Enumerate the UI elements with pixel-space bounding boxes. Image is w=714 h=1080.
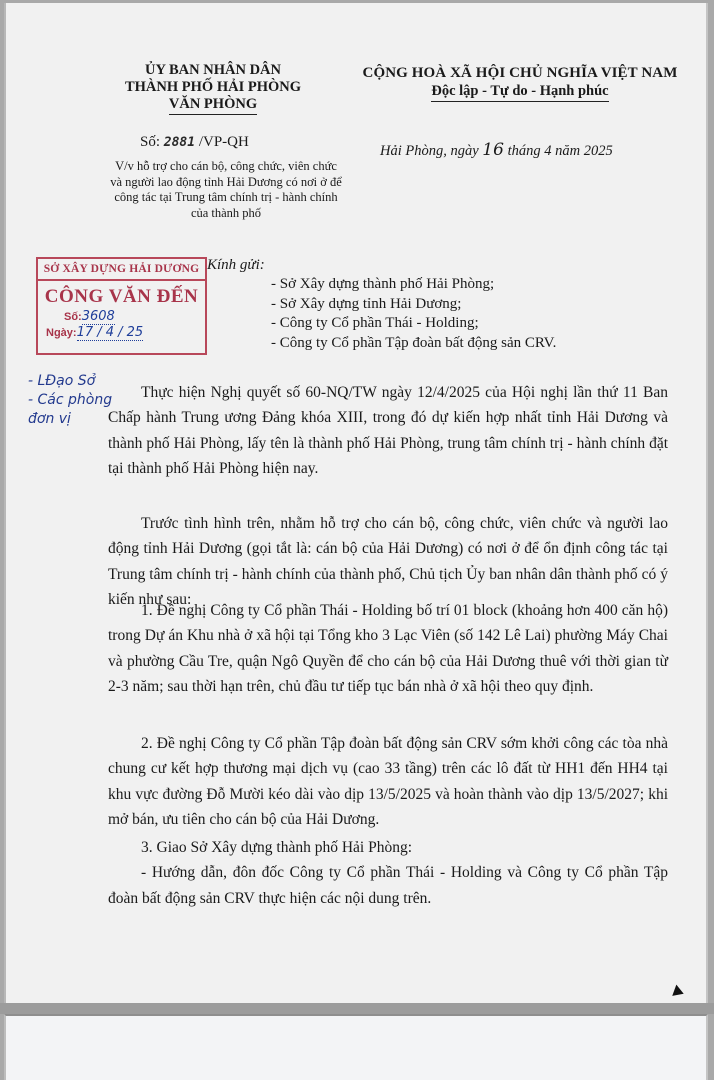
doc-number-value: 2881 (164, 135, 195, 150)
stamp-org: SỞ XÂY DỰNG HẢI DƯƠNG (38, 259, 205, 281)
paragraph-text: 2. Đề nghị Công ty Cổ phần Tập đoàn bất … (108, 731, 668, 832)
document-number: Số: 2881 /VP-QH (140, 134, 249, 151)
recipient-item: - Công ty Cổ phần Thái - Holding; (271, 314, 556, 334)
doc-number-suffix: /VP-QH (195, 134, 249, 150)
page-divider (0, 1003, 714, 1014)
stamp-number-row: Số:3608 (64, 309, 205, 324)
recipient-item: - Sở Xây dựng tỉnh Hải Dương; (271, 295, 556, 315)
incoming-document-stamp: SỞ XÂY DỰNG HẢI DƯƠNG CÔNG VĂN ĐẾN Số:36… (36, 257, 207, 355)
paragraph-text: - Hướng dẫn, đôn đốc Công ty Cổ phần Thá… (108, 860, 668, 911)
paragraph-text: 3. Giao Sở Xây dựng thành phố Hải Phòng: (108, 835, 668, 860)
recipient-item: - Công ty Cổ phần Tập đoàn bất động sản … (271, 334, 556, 354)
date-day: 16 (482, 140, 504, 160)
stamp-date-row: Ngày:17 / 4 / 25 (46, 325, 205, 340)
body-paragraph: Thực hiện Nghị quyết số 60-NQ/TW ngày 12… (108, 380, 668, 481)
body-paragraph: 2. Đề nghị Công ty Cổ phần Tập đoàn bất … (108, 731, 668, 832)
date-suffix: tháng 4 năm 2025 (504, 143, 613, 159)
national-heading: CỘNG HOÀ XÃ HỘI CHỦ NGHĨA VIỆT NAM Độc l… (330, 64, 710, 102)
issuing-authority: ỦY BAN NHÂN DÂN THÀNH PHỐ HẢI PHÒNG VĂN … (108, 62, 318, 115)
body-paragraph: 1. Đề nghị Công ty Cổ phần Thái - Holdin… (108, 598, 668, 699)
nation-title: CỘNG HOÀ XÃ HỘI CHỦ NGHĨA VIỆT NAM (330, 64, 710, 82)
paragraph-text: Thực hiện Nghị quyết số 60-NQ/TW ngày 12… (108, 380, 668, 481)
recipients-label: Kính gửi: (207, 257, 265, 274)
stamp-number-value: 3608 (82, 309, 115, 325)
body-paragraph: 3. Giao Sở Xây dựng thành phố Hải Phòng:… (108, 835, 668, 911)
national-motto: Độc lập - Tự do - Hạnh phúc (431, 82, 608, 102)
stamp-date-value: 17 / 4 / 25 (77, 325, 144, 341)
paragraph-text: Trước tình hình trên, nhằm hỗ trợ cho cá… (108, 511, 668, 612)
paragraph-text: 1. Đề nghị Công ty Cổ phần Thái - Holdin… (108, 598, 668, 699)
org-line-3: VĂN PHÒNG (169, 96, 257, 115)
org-line-1: ỦY BAN NHÂN DÂN (108, 62, 318, 79)
body-paragraph: Trước tình hình trên, nhằm hỗ trợ cho cá… (108, 511, 668, 612)
org-line-2: THÀNH PHỐ HẢI PHÒNG (108, 79, 318, 96)
recipients-list: - Sở Xây dựng thành phố Hải Phòng; - Sở … (271, 275, 556, 353)
issue-date: Hải Phòng, ngày 16 tháng 4 năm 2025 (380, 140, 613, 160)
stamp-date-label: Ngày: (46, 327, 77, 339)
date-prefix: Hải Phòng, ngày (380, 143, 482, 159)
stamp-number-label: Số: (64, 311, 82, 323)
document-subject: V/v hỗ trợ cho cán bộ, công chức, viên c… (110, 159, 342, 221)
recipient-item: - Sở Xây dựng thành phố Hải Phòng; (271, 275, 556, 295)
stamp-title: CÔNG VĂN ĐẾN (38, 286, 205, 308)
doc-number-prefix: Số: (140, 134, 164, 150)
document-page-2 (4, 1014, 708, 1080)
